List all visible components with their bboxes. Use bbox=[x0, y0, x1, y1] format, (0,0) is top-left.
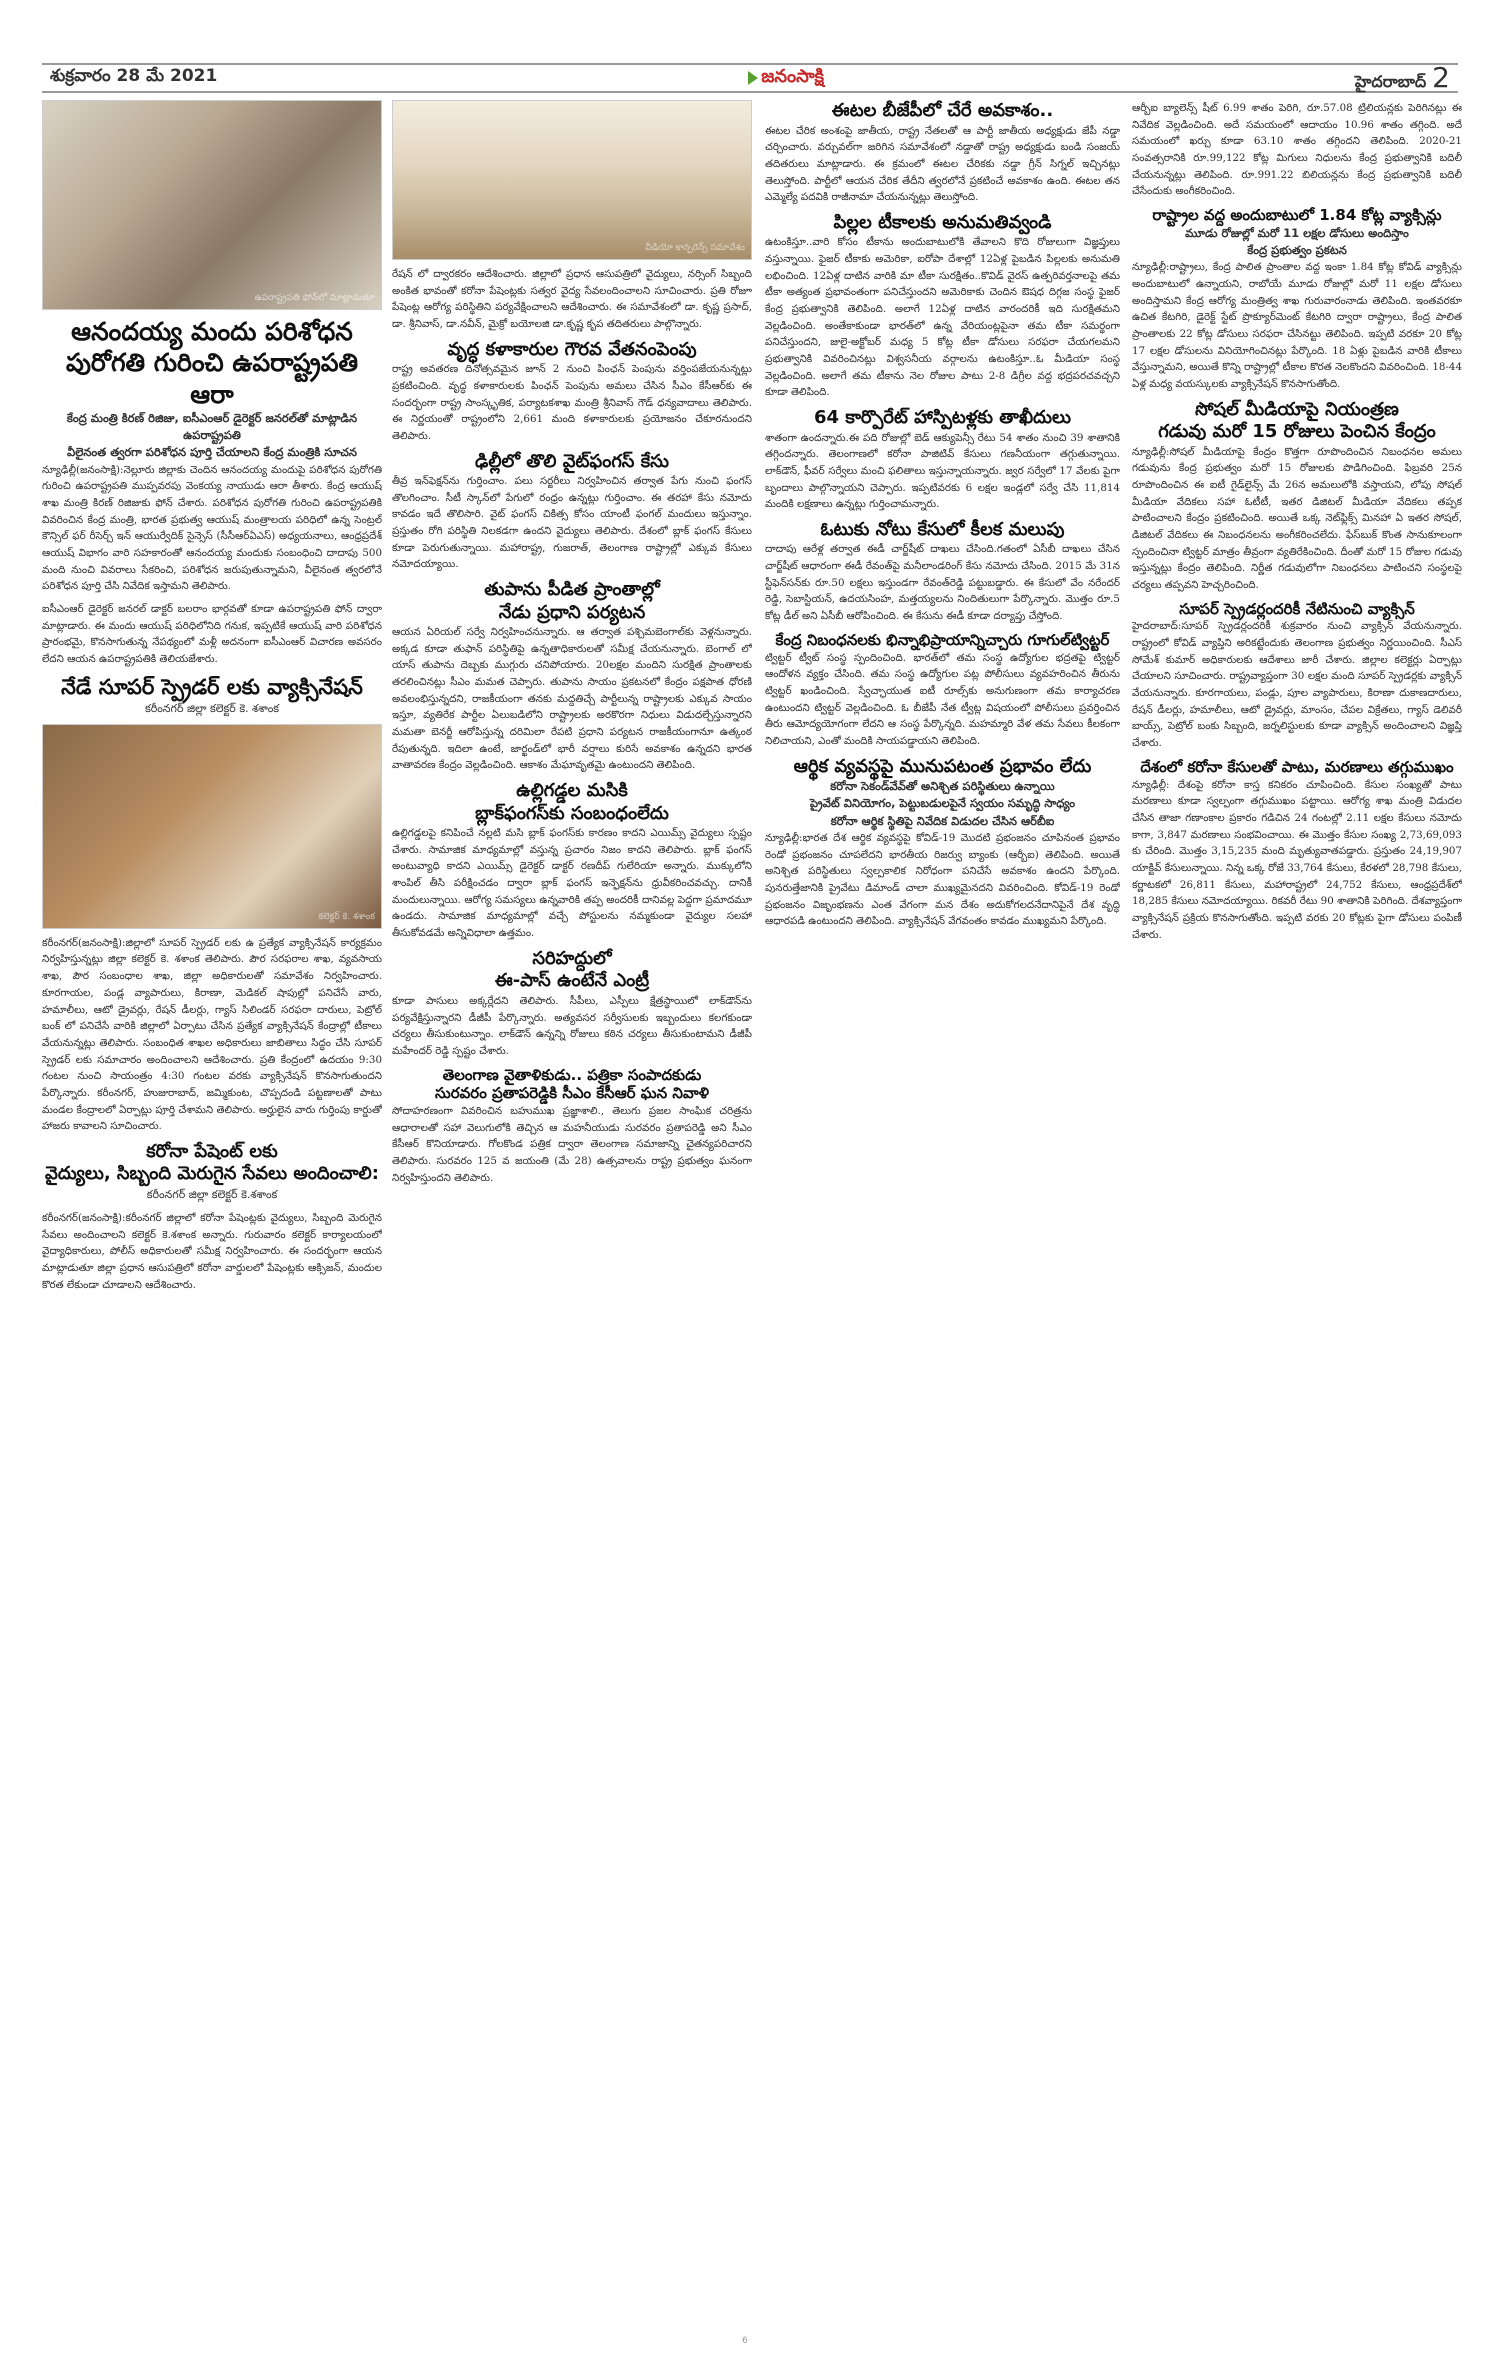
edition-info: హైదరాబాద్ 2 bbox=[1355, 61, 1450, 95]
headline-super-spreader-vaccine: సూపర్ స్ప్రెడర్లందరికీ నేటినుంచి వ్యాక్స… bbox=[1132, 600, 1462, 619]
article-body-epass: కూడా పాసులు అక్కర్లేదని తెలిపారు. సీపీలు… bbox=[392, 993, 752, 1060]
headline-children-vaccine: పిల్లల టీకాలకు అనుమతివ్వండి bbox=[765, 212, 1120, 235]
article-body-white-fungus: తీవ్ర ఇన్‌ఫెక్షన్‌ను గుర్తించాం. పలు సర్… bbox=[392, 473, 752, 573]
collector-photo: కలెక్టర్ కె. శశాంక bbox=[42, 724, 382, 929]
article-body-corona-patients: కరీంనగర్(జనంసాక్షి):కరీంనగర్ జిల్లాలో కర… bbox=[42, 1210, 382, 1293]
article-body-twitter-rules: ట్విట్టర్ ట్వీట్ సంస్థ స్పందించింది. భార… bbox=[765, 650, 1120, 750]
column-1: ఉపరాష్ట్రపతి ఫోన్‌లో మాట్లాడుతూ ఆనందయ్య … bbox=[42, 100, 382, 1299]
column-3: ఈటల బీజేపీలో చేరే అవకాశం.. ఈటల చేరిక అంశ… bbox=[765, 100, 1120, 936]
headline-vote-for-note: ఓటుకు నోటు కేసులో కీలక మలుపు bbox=[765, 519, 1120, 542]
article-body-rbi-balance: ఆర్బీఐ బ్యాలెన్స్ షీట్ 6.99 శాతం పెరిగి,… bbox=[1132, 100, 1462, 200]
article-body-artists-pension: రాష్ట్ర అవతరణ దినోత్సవమైన జూన్ 2 నుంచి ప… bbox=[392, 361, 752, 444]
logo-text: జనంసాక్షి bbox=[761, 66, 824, 91]
subhead-economy-3: కరోనా ఆర్థిక స్థితిపై నివేదిక విడుదల చేస… bbox=[765, 813, 1120, 830]
headline-artists-pension: వృద్ధ కళాకారుల గౌరవ వేతనంపెంపు bbox=[392, 339, 752, 362]
article-body-onion-fungus: ఉల్లిగడ్డలపై కనిపించే నల్లటి మసి బ్లాక్ … bbox=[392, 825, 752, 942]
headline-suravaram: తెలంగాణ వైతాళికుడు.. పత్రికా సంపాదకుడుసు… bbox=[392, 1066, 752, 1104]
photo-caption: ఉపరాష్ట్రపతి ఫోన్‌లో మాట్లాడుతూ bbox=[255, 293, 375, 305]
headline-corona-patients: కరోనా పేషెంట్ లకువైద్యులు, సిబ్బంది మెరు… bbox=[42, 1141, 382, 1186]
headline-anandayya: ఆనందయ్య మందు పరిశోధనపురోగతి గురించి ఉపరా… bbox=[42, 316, 382, 410]
byline-collector-2: కరీంనగర్ జిల్లా కలెక్టర్ కె.శశాంక bbox=[42, 1188, 382, 1204]
article-body-super-spreader-vaccine: హైదరాబాద్:సూపర్ స్ప్రెడర్లందరికీ శుక్రవా… bbox=[1132, 618, 1462, 751]
logo-play-icon bbox=[748, 71, 758, 85]
article-body-hospital-review: రేషన్ లో ద్వారకరం ఆదేశించారు. జిల్లాలో ప… bbox=[392, 266, 752, 333]
masthead: శుక్రవారం 28 మే 2021 జనంసాక్షి హైదరాబాద్… bbox=[42, 63, 1458, 93]
headline-epass: సరిహద్దులోఈ-పాస్ ఉంటేనే ఎంట్రీ bbox=[392, 948, 752, 993]
headline-super-spreader: నేడే సూపర్ స్ప్రెడర్ లకు వ్యాక్సినేషన్ bbox=[42, 674, 382, 700]
subhead-vaccine-stock-2: కేంద్ర ప్రభుత్వం ప్రకటన bbox=[1132, 242, 1462, 259]
subhead-economy-2: ప్రైవేట్ వినియోగం, పెట్టుబడులపైనే స్వయం … bbox=[765, 795, 1120, 812]
footer-mark: 6 bbox=[742, 2336, 748, 2346]
article-body-vote-for-note: దాదాపు ఆరేళ్ల తర్వాత ఈడీ చార్జ్‌షీట్ దాఖ… bbox=[765, 541, 1120, 624]
article-body-children-vaccine: ఉటంకిస్తూ..వారి కోసం టీకాను అందుబాటులోకి… bbox=[765, 234, 1120, 401]
headline-vaccine-stock: రాష్ట్రాల వద్ద అందుబాటులో 1.84 కోట్ల వ్య… bbox=[1132, 206, 1462, 225]
headline-white-fungus: ఢిల్లీలో తొలి వైట్‌ఫంగస్ కేసు bbox=[392, 451, 752, 474]
headline-onion-fungus: ఉల్లిగడ్డల మసికిబ్లాక్‌ఫంగస్‌కు సంబంధంలే… bbox=[392, 780, 752, 825]
subhead-vaccine-stock-1: మూడు రోజుల్లో మరో 11 లక్షల డోసులు అందిస్… bbox=[1132, 225, 1462, 242]
vice-president-photo: ఉపరాష్ట్రపతి ఫోన్‌లో మాట్లాడుతూ bbox=[42, 100, 382, 310]
headline-pm-visit: తుపాను పీడిత ప్రాంతాల్లోనేడు ప్రధాని పర్… bbox=[392, 579, 752, 624]
newspaper-logo: జనంసాక్షి bbox=[748, 66, 824, 91]
headline-economy: ఆర్థిక వ్యవస్థపై మునుపటంత ప్రభావం లేదు bbox=[765, 756, 1120, 779]
headline-corporate-hospitals: 64 కార్పొరేట్ హాస్పిటళ్లకు తాఖీదులు bbox=[765, 407, 1120, 430]
article-body-social-media-rules: న్యూఢిల్లీ:సోషల్ మీడియాపై కేంద్రం కొత్తగ… bbox=[1132, 444, 1462, 594]
article-body-super-spreader: కరీంనగర్(జనంసాక్షి):జిల్లాలో సూపర్ స్ప్ర… bbox=[42, 935, 382, 1135]
article-body-anandayya: న్యూఢిల్లీ(జనంసాక్షి):నెల్లూరు జిల్లాకు … bbox=[42, 462, 382, 595]
edition-city: హైదరాబాద్ bbox=[1355, 72, 1426, 95]
headline-twitter-rules: కేంద్ర నిబంధనలకు భిన్నాభిప్రాయాన్నిచ్చార… bbox=[765, 631, 1120, 650]
issue-date: శుక్రవారం 28 మే 2021 bbox=[50, 66, 217, 90]
article-body-suravaram: సోదాహరణంగా వివరించిన బహుముఖ ప్రజ్ఞాశాలి.… bbox=[392, 1103, 752, 1186]
column-2: వీడియో కాన్ఫరెన్స్ సమావేశం రేషన్ లో ద్వా… bbox=[392, 100, 752, 1192]
article-body-anandayya-2: ఐసీఎంఆర్ డైరెక్టర్ జనరల్ డాక్టర్ బలరాం భ… bbox=[42, 601, 382, 668]
column-4: ఆర్బీఐ బ్యాలెన్స్ షీట్ 6.99 శాతం పెరిగి,… bbox=[1132, 100, 1462, 949]
subhead-economy-1: కరోనా సెకండ్‌వేవ్‌తో అనిశ్చిత పరిస్థితుల… bbox=[765, 778, 1120, 795]
byline-collector: కరీంనగర్ జిల్లా కలెక్టర్ కె. శశాంక bbox=[42, 702, 382, 718]
article-body-pm-visit: ఆయన ఏరియల్ సర్వే నిర్వహించనున్నారు. ఆ తర… bbox=[392, 624, 752, 774]
article-body-covid-decline: న్యూఢిల్లీ: దేశంపై కరోనా కాస్త కనికరం చూ… bbox=[1132, 777, 1462, 944]
article-body-vaccine-stock: న్యూఢిల్లీ:రాష్ట్రాలు, కేంద్ర పాలిత ప్రా… bbox=[1132, 259, 1462, 392]
headline-social-media-rules: సోషల్ మీడియాపై నియంత్రణగడువు మరో 15 రోజు… bbox=[1132, 399, 1462, 444]
headline-etela-bjp: ఈటల బీజేపీలో చేరే అవకాశం.. bbox=[765, 100, 1120, 123]
article-body-economy: న్యూఢిల్లీ:భారత దేశ ఆర్థిక వ్యవస్థపై కోవ… bbox=[765, 830, 1120, 930]
page-number: 2 bbox=[1432, 61, 1450, 94]
meeting-photo: వీడియో కాన్ఫరెన్స్ సమావేశం bbox=[392, 100, 752, 260]
article-body-etela-bjp: ఈటల చేరిక అంశంపై జాతీయ, రాష్ట్ర నేతలతో ఆ… bbox=[765, 123, 1120, 206]
article-body-corporate-hospitals: శాతంగా ఉందన్నారు.ఈ పది రోజుల్లో బెడ్ ఆక్… bbox=[765, 430, 1120, 513]
subhead-anandayya: కేంద్ర మంత్రి కిరణ్ రిజిజు, ఐసీఎంఆర్ డైర… bbox=[42, 410, 382, 462]
headline-covid-decline: దేశంలో కరోనా కేసులతో పాటు, మరణాలు తగ్గుమ… bbox=[1132, 758, 1462, 777]
